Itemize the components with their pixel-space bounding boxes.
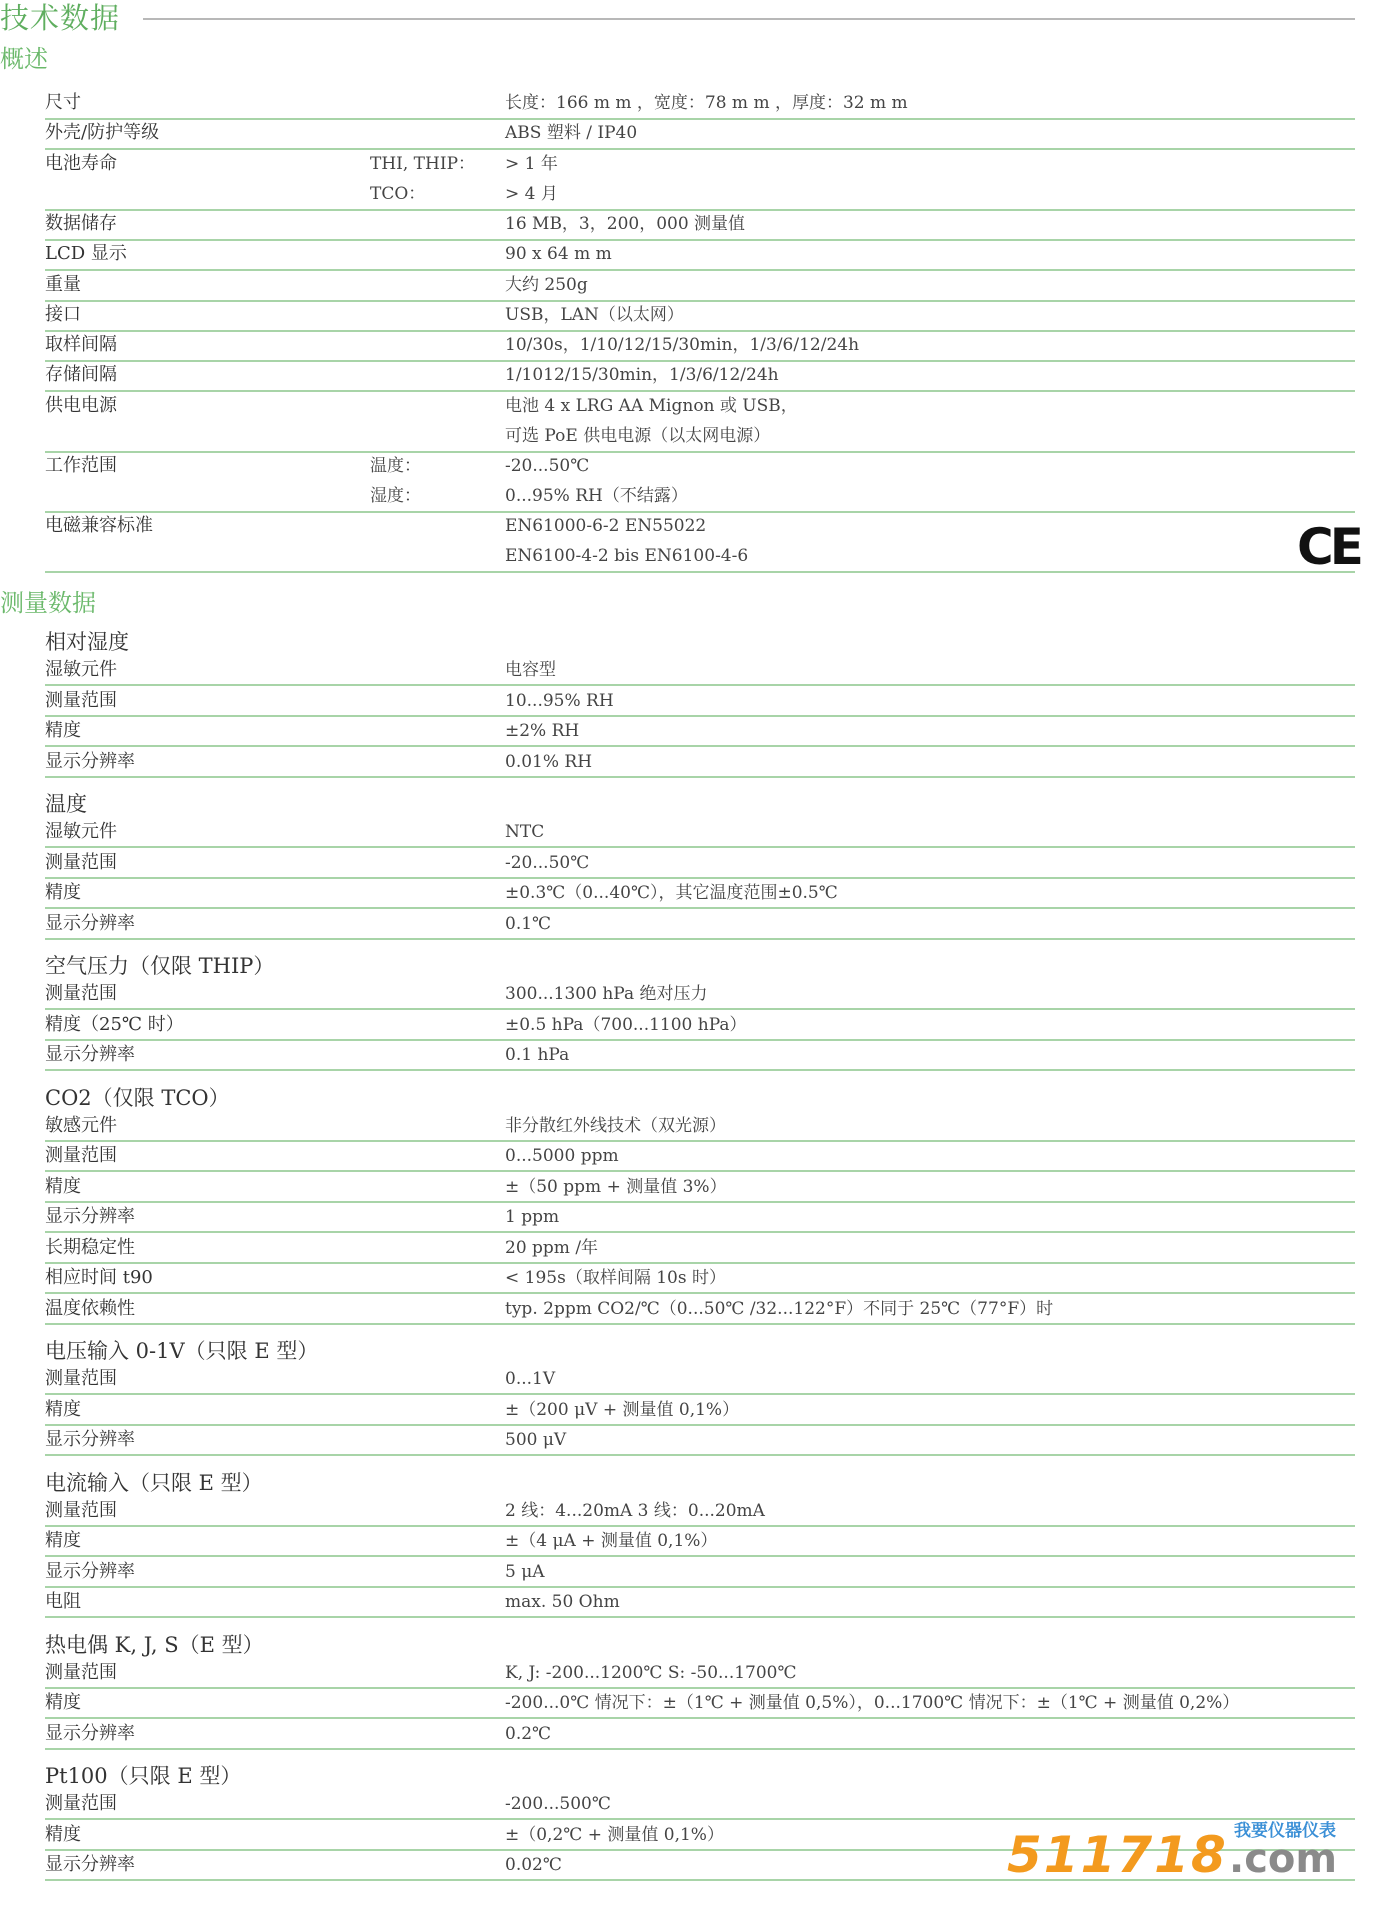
row-label: 取样间隔 bbox=[45, 330, 117, 360]
measurement-row: 精度±（50 ppm + 测量值 3%） bbox=[45, 1173, 1355, 1203]
row-value: -200...0℃ 情况下：±（1℃ + 测量值 0,5%），0...1700℃… bbox=[505, 1689, 1239, 1717]
overview-row: 电池寿命THI, THIP：> 1 年TCO：> 4 月 bbox=[45, 149, 1355, 211]
group-title: 温度 bbox=[45, 790, 87, 818]
measurement-row: 湿敏元件NTC bbox=[45, 818, 1355, 848]
section-heading-overview: 概述 bbox=[0, 44, 48, 74]
row-label: 精度 bbox=[45, 879, 81, 907]
row-value: 2 线：4...20mA 3 线：0...20mA bbox=[505, 1497, 765, 1525]
measurement-row: 测量范围300...1300 hPa 绝对压力 bbox=[45, 980, 1355, 1010]
group-title: 热电偶 K, J, S（E 型） bbox=[45, 1631, 264, 1659]
measurement-row: 精度±（4 μA + 测量值 0,1%） bbox=[45, 1527, 1355, 1557]
row-value: 非分散红外线技术（双光源） bbox=[505, 1112, 726, 1140]
row-value: 0...5000 ppm bbox=[505, 1142, 619, 1170]
row-label: 工作范围 bbox=[45, 451, 117, 481]
measurement-row: 显示分辨率500 μV bbox=[45, 1426, 1355, 1456]
overview-row: 重量大约 250g bbox=[45, 270, 1355, 302]
measurement-row: 敏感元件非分散红外线技术（双光源） bbox=[45, 1112, 1355, 1142]
measurement-row: 精度±0.3℃（0...40℃），其它温度范围±0.5℃ bbox=[45, 879, 1355, 909]
row-value: EN6100-4-2 bis EN6100-4-6 bbox=[505, 541, 748, 571]
overview-row: 电磁兼容标准EN61000-6-2 EN55022EN6100-4-2 bis … bbox=[45, 511, 1355, 573]
row-value: max. 50 Ohm bbox=[505, 1588, 620, 1616]
row-label: 湿敏元件 bbox=[45, 656, 117, 684]
overview-row: LCD 显示90 x 64 m m bbox=[45, 239, 1355, 271]
measurement-row: 精度±（200 μV + 测量值 0,1%） bbox=[45, 1396, 1355, 1426]
overview-row: 供电电源电池 4 x LRG AA Mignon 或 USB，可选 PoE 供电… bbox=[45, 391, 1355, 453]
row-value: 0.1 hPa bbox=[505, 1041, 569, 1069]
row-label: 电磁兼容标准 bbox=[45, 511, 153, 541]
row-value: 16 MB，3，200，000 测量值 bbox=[505, 209, 745, 239]
measurement-row: 测量范围10...95% RH bbox=[45, 687, 1355, 717]
measurement-row: 长期稳定性20 ppm /年 bbox=[45, 1234, 1355, 1264]
row-value: ±（0,2℃ + 测量值 0,1%） bbox=[505, 1821, 724, 1849]
row-value: 电容型 bbox=[505, 656, 556, 684]
row-label: 测量范围 bbox=[45, 849, 117, 877]
row-value: 5 μA bbox=[505, 1558, 545, 1586]
row-value: 10/30s，1/10/12/15/30min，1/3/6/12/24h bbox=[505, 330, 859, 360]
overview-row: 工作范围温度：-20...50℃湿度：0...95% RH（不结露） bbox=[45, 451, 1355, 513]
row-value: ±（50 ppm + 测量值 3%） bbox=[505, 1173, 727, 1201]
row-label: 显示分辨率 bbox=[45, 1041, 135, 1069]
row-label: 显示分辨率 bbox=[45, 1720, 135, 1748]
row-label: 精度 bbox=[45, 1689, 81, 1717]
watermark-domain: .com bbox=[1229, 1836, 1337, 1882]
row-sublabel: 湿度： bbox=[370, 481, 421, 511]
row-sublabel: 温度： bbox=[370, 451, 421, 481]
overview-row: 尺寸长度：166 m m ，宽度：78 m m ，厚度：32 m m bbox=[45, 88, 1355, 120]
row-value: ±（4 μA + 测量值 0,1%） bbox=[505, 1527, 717, 1555]
row-label: 显示分辨率 bbox=[45, 1851, 135, 1879]
row-value: 长度：166 m m ，宽度：78 m m ，厚度：32 m m bbox=[505, 88, 908, 118]
row-value: 0...1V bbox=[505, 1365, 555, 1393]
group-title: CO2（仅限 TCO） bbox=[45, 1084, 230, 1112]
row-label: 显示分辨率 bbox=[45, 910, 135, 938]
row-value: 可选 PoE 供电电源（以太网电源） bbox=[505, 421, 770, 451]
row-value: 0.2℃ bbox=[505, 1720, 551, 1748]
row-label: 测量范围 bbox=[45, 687, 117, 715]
row-value: > 4 月 bbox=[505, 179, 558, 209]
row-label: 长期稳定性 bbox=[45, 1234, 135, 1262]
row-label: 尺寸 bbox=[45, 88, 81, 118]
row-value: NTC bbox=[505, 818, 544, 846]
overview-row: 接口USB，LAN（以太网） bbox=[45, 300, 1355, 332]
watermark-number: 511718 bbox=[1007, 1826, 1228, 1884]
row-label: 电池寿命 bbox=[45, 149, 117, 179]
row-value: 300...1300 hPa 绝对压力 bbox=[505, 980, 708, 1008]
measurement-row: 精度（25℃ 时）±0.5 hPa（700...1100 hPa） bbox=[45, 1011, 1355, 1041]
row-label: 测量范围 bbox=[45, 980, 117, 1008]
row-label: 精度 bbox=[45, 1821, 81, 1849]
measurement-row: 测量范围0...5000 ppm bbox=[45, 1142, 1355, 1172]
measurement-row: 测量范围0...1V bbox=[45, 1365, 1355, 1395]
row-label: 精度 bbox=[45, 1527, 81, 1555]
row-label: 测量范围 bbox=[45, 1142, 117, 1170]
measurement-row: 相应时间 t90< 195s（取样间隔 10s 时） bbox=[45, 1264, 1355, 1294]
row-value: 0.01% RH bbox=[505, 748, 592, 776]
measurement-row: 测量范围-20...50℃ bbox=[45, 849, 1355, 879]
row-label: 精度（25℃ 时） bbox=[45, 1011, 184, 1039]
title-divider bbox=[143, 18, 1355, 20]
row-label: LCD 显示 bbox=[45, 239, 127, 269]
measurement-row: 显示分辨率0.1℃ bbox=[45, 910, 1355, 940]
row-value: 电池 4 x LRG AA Mignon 或 USB， bbox=[505, 391, 798, 421]
row-value: 500 μV bbox=[505, 1426, 566, 1454]
measurement-row: 精度±2% RH bbox=[45, 717, 1355, 747]
row-value: 0...95% RH（不结露） bbox=[505, 481, 688, 511]
row-label: 精度 bbox=[45, 1396, 81, 1424]
page-title: 技术数据 bbox=[0, 0, 120, 36]
row-value: ±0.5 hPa（700...1100 hPa） bbox=[505, 1011, 747, 1039]
row-label: 电阻 bbox=[45, 1588, 81, 1616]
row-label: 测量范围 bbox=[45, 1790, 117, 1818]
row-label: 温度依赖性 bbox=[45, 1295, 135, 1323]
section-heading-measurement: 测量数据 bbox=[0, 588, 96, 618]
row-label: 显示分辨率 bbox=[45, 1426, 135, 1454]
row-value: EN61000-6-2 EN55022 bbox=[505, 511, 706, 541]
row-label: 敏感元件 bbox=[45, 1112, 117, 1140]
row-sublabel: TCO： bbox=[370, 179, 425, 209]
overview-row: 外壳/防护等级ABS 塑料 / IP40 bbox=[45, 118, 1355, 150]
row-value: 1 ppm bbox=[505, 1203, 559, 1231]
row-label: 外壳/防护等级 bbox=[45, 118, 159, 148]
row-value: -200...500℃ bbox=[505, 1790, 611, 1818]
measurement-row: 显示分辨率0.2℃ bbox=[45, 1720, 1355, 1750]
row-label: 供电电源 bbox=[45, 391, 117, 421]
overview-row: 数据储存16 MB，3，200，000 测量值 bbox=[45, 209, 1355, 241]
row-value: ±2% RH bbox=[505, 717, 579, 745]
measurement-row: 电阻max. 50 Ohm bbox=[45, 1588, 1355, 1618]
row-value: ±0.3℃（0...40℃），其它温度范围±0.5℃ bbox=[505, 879, 838, 907]
row-value: 20 ppm /年 bbox=[505, 1234, 598, 1262]
measurement-row: 温度依赖性typ. 2ppm CO2/℃（0...50℃ /32...122°F… bbox=[45, 1295, 1355, 1325]
row-value: ABS 塑料 / IP40 bbox=[505, 118, 637, 148]
row-label: 测量范围 bbox=[45, 1659, 117, 1687]
measurement-row: 精度-200...0℃ 情况下：±（1℃ + 测量值 0,5%），0...170… bbox=[45, 1689, 1355, 1719]
row-label: 接口 bbox=[45, 300, 81, 330]
measurement-row: 测量范围2 线：4...20mA 3 线：0...20mA bbox=[45, 1497, 1355, 1527]
group-title: 电压输入 0-1V（只限 E 型） bbox=[45, 1337, 318, 1365]
row-value: USB，LAN（以太网） bbox=[505, 300, 684, 330]
row-label: 重量 bbox=[45, 270, 81, 300]
row-label: 显示分辨率 bbox=[45, 1558, 135, 1586]
measurement-row: 显示分辨率0.01% RH bbox=[45, 748, 1355, 778]
row-label: 测量范围 bbox=[45, 1497, 117, 1525]
row-value: 10...95% RH bbox=[505, 687, 614, 715]
row-value: 大约 250g bbox=[505, 270, 588, 300]
row-label: 显示分辨率 bbox=[45, 748, 135, 776]
row-value: -20...50℃ bbox=[505, 451, 589, 481]
group-title: 电流输入（只限 E 型） bbox=[45, 1469, 263, 1497]
measurement-row: 显示分辨率1 ppm bbox=[45, 1203, 1355, 1233]
row-value: typ. 2ppm CO2/℃（0...50℃ /32...122°F）不同于 … bbox=[505, 1295, 1053, 1323]
row-label: 湿敏元件 bbox=[45, 818, 117, 846]
row-value: 90 x 64 m m bbox=[505, 239, 612, 269]
row-label: 精度 bbox=[45, 717, 81, 745]
group-title: 相对湿度 bbox=[45, 628, 129, 656]
overview-row: 取样间隔10/30s，1/10/12/15/30min，1/3/6/12/24h bbox=[45, 330, 1355, 362]
ce-mark-icon: CE bbox=[1297, 518, 1360, 576]
row-value: -20...50℃ bbox=[505, 849, 589, 877]
overview-row: 存储间隔1/1012/15/30min，1/3/6/12/24h bbox=[45, 360, 1355, 392]
watermark-logo: 511718 我要仪器仪表 .com bbox=[1007, 1822, 1372, 1882]
row-label: 精度 bbox=[45, 1173, 81, 1201]
measurement-row: 湿敏元件电容型 bbox=[45, 656, 1355, 686]
row-value: 1/1012/15/30min，1/3/6/12/24h bbox=[505, 360, 779, 390]
row-value: K, J: -200...1200℃ S: -50...1700℃ bbox=[505, 1659, 797, 1687]
row-label: 存储间隔 bbox=[45, 360, 117, 390]
row-value: 0.02℃ bbox=[505, 1851, 562, 1879]
row-value: ±（200 μV + 测量值 0,1%） bbox=[505, 1396, 739, 1424]
row-value: < 195s（取样间隔 10s 时） bbox=[505, 1264, 726, 1292]
row-label: 显示分辨率 bbox=[45, 1203, 135, 1231]
measurement-row: 显示分辨率0.1 hPa bbox=[45, 1041, 1355, 1071]
row-value: > 1 年 bbox=[505, 149, 558, 179]
group-title: Pt100（只限 E 型） bbox=[45, 1762, 241, 1790]
row-label: 数据储存 bbox=[45, 209, 117, 239]
row-sublabel: THI, THIP： bbox=[370, 149, 475, 179]
row-label: 相应时间 t90 bbox=[45, 1264, 153, 1292]
row-label: 测量范围 bbox=[45, 1365, 117, 1393]
row-value: 0.1℃ bbox=[505, 910, 551, 938]
measurement-row: 显示分辨率5 μA bbox=[45, 1558, 1355, 1588]
measurement-row: 测量范围K, J: -200...1200℃ S: -50...1700℃ bbox=[45, 1659, 1355, 1689]
group-title: 空气压力（仅限 THIP） bbox=[45, 952, 274, 980]
measurement-row: 测量范围-200...500℃ bbox=[45, 1790, 1355, 1820]
